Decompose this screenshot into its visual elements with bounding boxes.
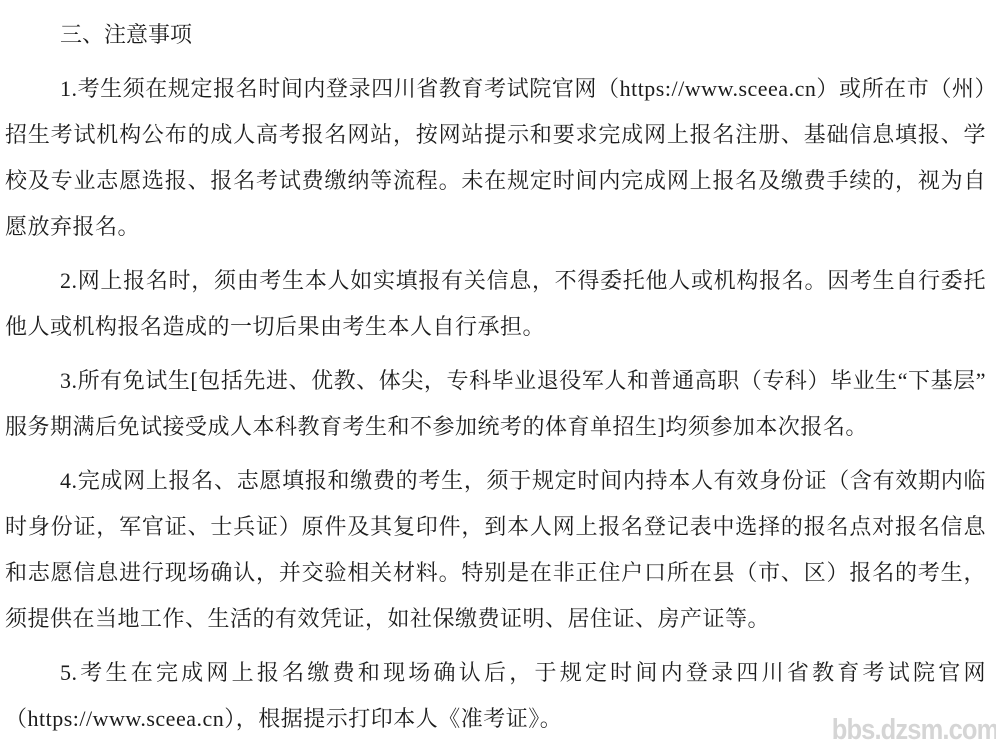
paragraph-3: 3.所有免试生[包括先进、优教、体尖，专科毕业退役军人和普通高职（专科）毕业生“… bbox=[5, 358, 986, 450]
site-watermark: bbs.dzsm.com bbox=[831, 716, 996, 745]
section-heading: 三、注意事项 bbox=[60, 12, 986, 58]
document-page: 三、注意事项 1.考生须在规定报名时间内登录四川省教育考试院官网（https:/… bbox=[0, 0, 996, 747]
paragraph-2: 2.网上报名时，须由考生本人如实填报有关信息，不得委托他人或机构报名。因考生自行… bbox=[5, 258, 986, 350]
paragraph-4: 4.完成网上报名、志愿填报和缴费的考生，须于规定时间内持本人有效身份证（含有效期… bbox=[5, 458, 986, 642]
paragraph-1: 1.考生须在规定报名时间内登录四川省教育考试院官网（https://www.sc… bbox=[5, 66, 986, 250]
